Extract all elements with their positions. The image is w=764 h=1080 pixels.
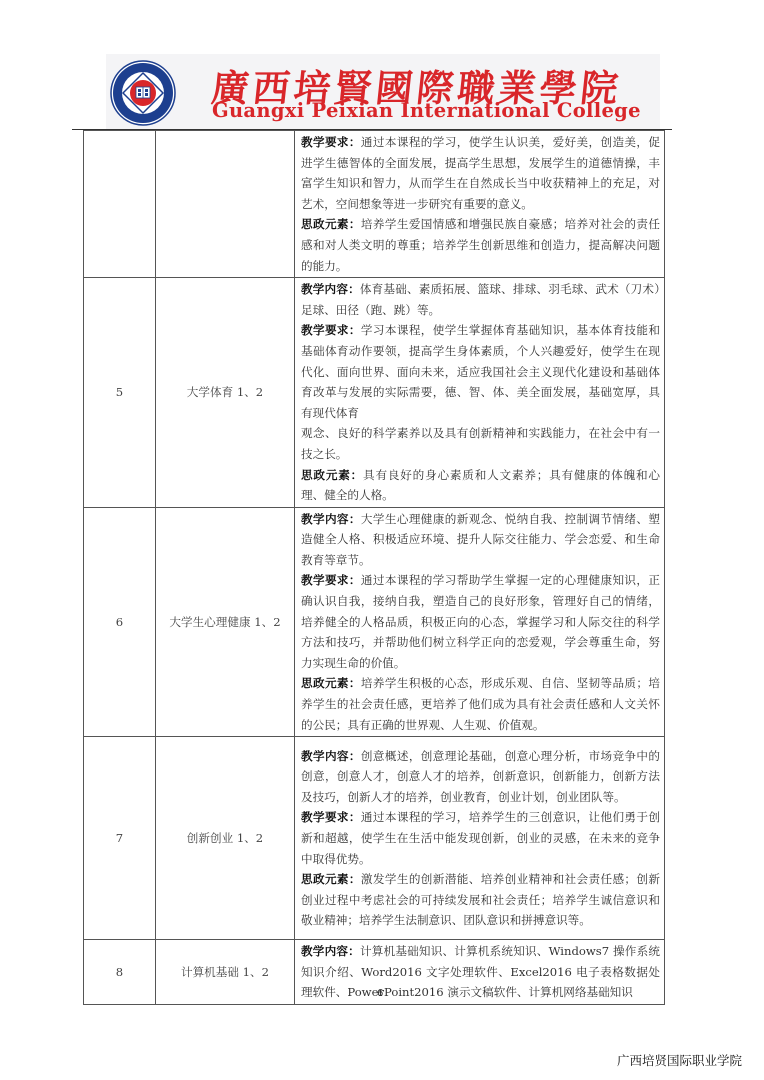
- table-row: 7 创新创业 1、2 教学内容：创意概述，创意理论基础，创意心理分析，市场竞争中…: [84, 737, 665, 940]
- teaching-requirements-continued: 观念、良好的科学素养以及具有创新精神和实践能力，在社会中有一技之长。: [301, 423, 660, 464]
- school-name-english: Guangxi Peixian International College: [212, 99, 641, 122]
- ideological-elements: 思政元素：培养学生积极的心态，形成乐观、自信、坚韧等品质；培养学生的社会责任感，…: [301, 673, 660, 735]
- course-table: 教学要求：通过本课程的学习，使学生认识美，爱好美，创造美，促进学生德智体的全面发…: [83, 130, 665, 1005]
- course-description: 教学内容：计算机基础知识、计算机系统知识、Windows7 操作系统知识介绍、W…: [295, 940, 665, 1005]
- teaching-requirements: 教学要求：学习本课程，使学生掌握体育基础知识，基本体育技能和基础体育动作要领，提…: [301, 320, 660, 423]
- course-description: 教学内容：大学生心理健康的新观念、悦纳自我、控制调节情绪、塑造健全人格、积极适应…: [295, 507, 665, 737]
- table-row: 8 计算机基础 1、2 教学内容：计算机基础知识、计算机系统知识、Windows…: [84, 940, 665, 1005]
- table-row: 5 大学体育 1、2 教学内容：体育基础、素质拓展、篮球、排球、羽毛球、武术（刀…: [84, 278, 665, 508]
- teaching-requirements: 教学要求：通过本课程的学习帮助学生掌握一定的心理健康知识，正确认识自我，接纳自我…: [301, 570, 660, 673]
- ideological-elements: 思政元素：培养学生爱国情感和增强民族自豪感；培养对社会的责任感和对人类文明的尊重…: [301, 214, 660, 276]
- course-description: 教学内容：体育基础、素质拓展、篮球、排球、羽毛球、武术（刀术）足球、田径（跑、跳…: [295, 278, 665, 508]
- ideological-elements: 思政元素：激发学生的创新潜能、培养创业精神和社会责任感；创新创业过程中考虑社会的…: [301, 869, 660, 931]
- header-banner: 廣西培賢國際職業學院 Guangxi Peixian International…: [106, 54, 660, 130]
- course-name: [156, 131, 295, 278]
- course-description: 教学要求：通过本课程的学习，使学生认识美，爱好美，创造美，促进学生德智体的全面发…: [295, 131, 665, 278]
- ideological-elements: 思政元素：具有良好的身心素质和人文素养；具有健康的体魄和心理、健全的人格。: [301, 465, 660, 506]
- course-name: 大学体育 1、2: [156, 278, 295, 508]
- course-number: [84, 131, 156, 278]
- college-emblem-icon: [110, 60, 176, 126]
- course-number: 8: [84, 940, 156, 1005]
- teaching-content: 教学内容：创意概述，创意理论基础，创意心理分析，市场竞争中的创意，创意人才，创意…: [301, 746, 660, 808]
- table-row: 教学要求：通过本课程的学习，使学生认识美，爱好美，创造美，促进学生德智体的全面发…: [84, 131, 665, 278]
- course-name: 大学生心理健康 1、2: [156, 507, 295, 737]
- course-name: 计算机基础 1、2: [156, 940, 295, 1005]
- teaching-content: 教学内容：计算机基础知识、计算机系统知识、Windows7 操作系统知识介绍、W…: [301, 941, 660, 1003]
- teaching-content: 教学内容：大学生心理健康的新观念、悦纳自我、控制调节情绪、塑造健全人格、积极适应…: [301, 509, 660, 571]
- teaching-requirements: 教学要求：通过本课程的学习，使学生认识美，爱好美，创造美，促进学生德智体的全面发…: [301, 132, 660, 214]
- teaching-content: 教学内容：体育基础、素质拓展、篮球、排球、羽毛球、武术（刀术）足球、田径（跑、跳…: [301, 279, 660, 320]
- page-number: 6: [377, 988, 383, 999]
- teaching-requirements: 教学要求：通过本课程的学习，培养学生的三创意识，让他们勇于创新和超越，使学生在生…: [301, 807, 660, 869]
- course-number: 5: [84, 278, 156, 508]
- course-name: 创新创业 1、2: [156, 737, 295, 940]
- course-number: 6: [84, 507, 156, 737]
- table-row: 6 大学生心理健康 1、2 教学内容：大学生心理健康的新观念、悦纳自我、控制调节…: [84, 507, 665, 737]
- course-number: 7: [84, 737, 156, 940]
- course-description: 教学内容：创意概述，创意理论基础，创意心理分析，市场竞争中的创意，创意人才，创意…: [295, 737, 665, 940]
- footer-school-name: 广西培贤国际职业学院: [617, 1051, 742, 1069]
